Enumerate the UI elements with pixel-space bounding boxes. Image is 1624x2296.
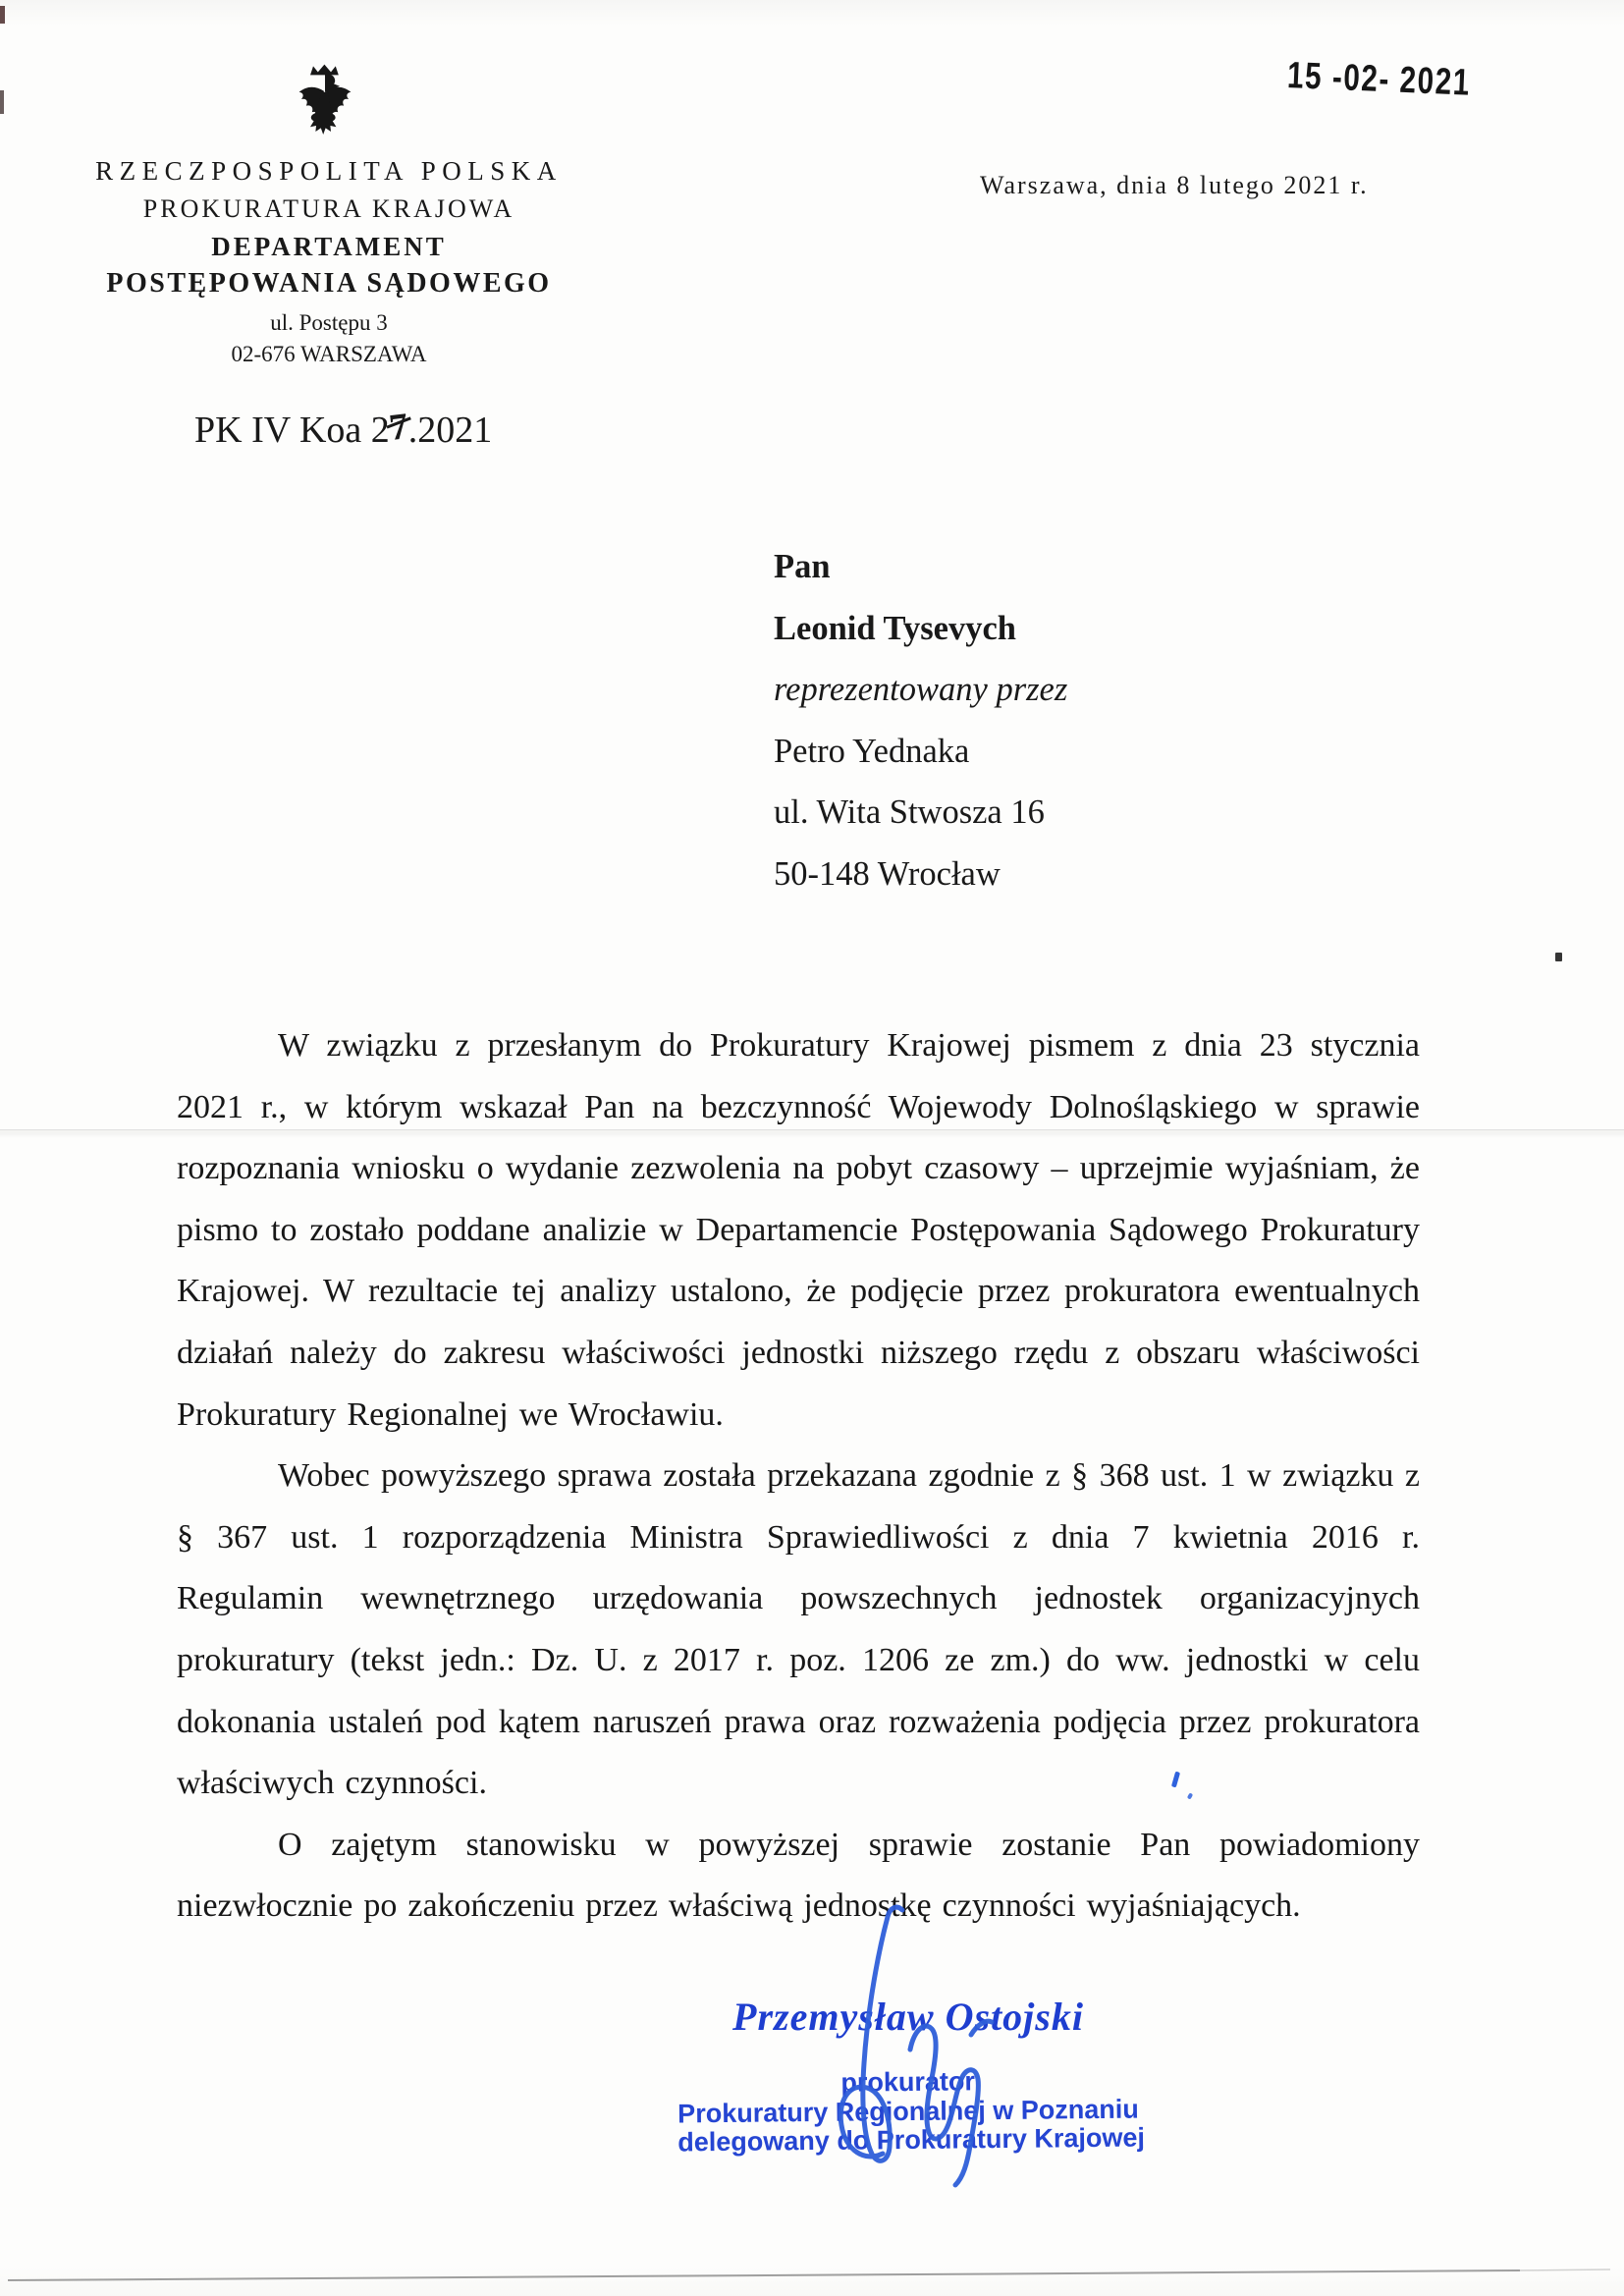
letterhead: RZECZPOSPOLITA POLSKA PROKURATURA KRAJOW… <box>90 158 568 365</box>
body-paragraph-1: W związku z przesłanym do Prokuratury Kr… <box>177 1015 1420 1446</box>
letterhead-institution: PROKURATURA KRAJOWA <box>90 196 568 222</box>
handwritten-signature <box>800 1900 1075 2195</box>
addressee-representative: Petro Yednaka <box>774 721 1067 783</box>
letter-body: W związku z przesłanym do Prokuratury Kr… <box>177 1015 1420 1938</box>
addressee-street: ul. Wita Stwosza 16 <box>774 782 1067 844</box>
reference-prefix: PK IV Koa 2 <box>194 410 390 451</box>
place-date-line: Warszawa, dnia 8 lutego 2021 r. <box>980 171 1369 200</box>
addressee-salutation: Pan <box>774 536 1067 598</box>
scanned-letter-page: RZECZPOSPOLITA POLSKA PROKURATURA KRAJOW… <box>0 0 1624 2296</box>
scan-speck <box>1555 953 1562 961</box>
body-paragraph-2: Wobec powyższego sprawa została przekaza… <box>177 1446 1420 1815</box>
paper-bottom-edge <box>0 2259 1624 2288</box>
letterhead-department-line2: POSTĘPOWANIA SĄDOWEGO <box>90 270 568 298</box>
addressee-city: 50-148 Wrocław <box>774 844 1067 905</box>
scan-edge-artifact <box>0 90 4 114</box>
letterhead-department-line1: DEPARTAMENT <box>90 234 568 260</box>
scan-edge-artifact <box>0 6 5 24</box>
reference-suffix: .2021 <box>408 410 493 451</box>
addressee-name: Leonid Tysevych <box>774 598 1067 660</box>
letterhead-city: 02-676 WARSZAWA <box>90 343 568 365</box>
reference-handwritten-digit: 7 <box>387 405 410 450</box>
received-date-stamp: 15 -02- 2021 <box>1286 55 1471 105</box>
case-reference-number: PK IV Koa 27.2021 <box>194 409 492 452</box>
addressee-block: Pan Leonid Tysevych reprezentowany przez… <box>774 536 1067 904</box>
letterhead-country: RZECZPOSPOLITA POLSKA <box>90 158 568 185</box>
polish-eagle-emblem-icon <box>296 61 354 137</box>
addressee-represented-by: reprezentowany przez <box>774 659 1067 721</box>
body-paragraph-3: O zajętym stanowisku w powyższej sprawie… <box>177 1815 1420 1938</box>
letterhead-street: ul. Postępu 3 <box>90 311 568 334</box>
